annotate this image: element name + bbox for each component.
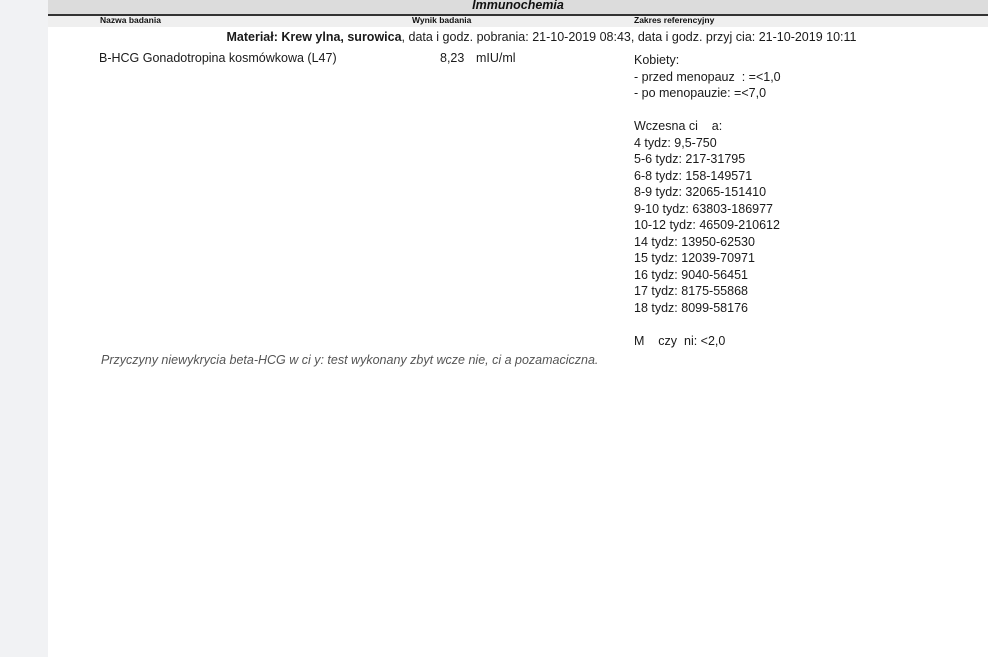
- column-header-row: Nazwa badania Wynik badania Zakres refer…: [48, 16, 988, 27]
- reference-range-line: [634, 102, 781, 119]
- section-title: Immunochemia: [48, 0, 988, 12]
- footnote: Przyczyny niewykrycia beta-HCG w ci y: t…: [101, 353, 598, 367]
- reference-range-line: 16 tydz: 9040-56451: [634, 267, 781, 284]
- material-info: Materiał: Krew ylna, surowica, data i go…: [0, 30, 1007, 44]
- test-name: B-HCG Gonadotropina kosmówkowa (L47): [99, 51, 337, 65]
- reference-range-line: M czy ni: <2,0: [634, 333, 781, 350]
- reference-range-line: [634, 316, 781, 333]
- reference-range-line: 15 tydz: 12039-70971: [634, 250, 781, 267]
- reference-range: Kobiety:- przed menopauz : =<1,0- po men…: [634, 52, 781, 349]
- reference-range-line: 9-10 tydz: 63803-186977: [634, 201, 781, 218]
- reference-range-line: 17 tydz: 8175-55868: [634, 283, 781, 300]
- reference-range-line: 5-6 tydz: 217-31795: [634, 151, 781, 168]
- reference-range-line: 10-12 tydz: 46509-210612: [634, 217, 781, 234]
- document-page: [48, 0, 1000, 657]
- reference-range-line: Kobiety:: [634, 52, 781, 69]
- reference-range-line: 6-8 tydz: 158-149571: [634, 168, 781, 185]
- column-header-reference: Zakres referencyjny: [634, 15, 714, 25]
- test-result-value: 8,23: [440, 51, 464, 65]
- reference-range-line: 8-9 tydz: 32065-151410: [634, 184, 781, 201]
- viewer-left-gutter: [0, 0, 48, 657]
- test-result-unit: mIU/ml: [476, 51, 516, 65]
- material-label: Materiał: Krew ylna, surowica: [226, 30, 401, 44]
- column-header-name: Nazwa badania: [100, 15, 161, 25]
- reference-range-line: 4 tydz: 9,5-750: [634, 135, 781, 152]
- material-details: , data i godz. pobrania: 21-10-2019 08:4…: [402, 30, 857, 44]
- reference-range-line: 18 tydz: 8099-58176: [634, 300, 781, 317]
- reference-range-line: - po menopauzie: =<7,0: [634, 85, 781, 102]
- section-header: Immunochemia: [48, 0, 988, 14]
- column-header-result: Wynik badania: [412, 15, 471, 25]
- reference-range-line: Wczesna ci a:: [634, 118, 781, 135]
- reference-range-line: - przed menopauz : =<1,0: [634, 69, 781, 86]
- reference-range-line: 14 tydz: 13950-62530: [634, 234, 781, 251]
